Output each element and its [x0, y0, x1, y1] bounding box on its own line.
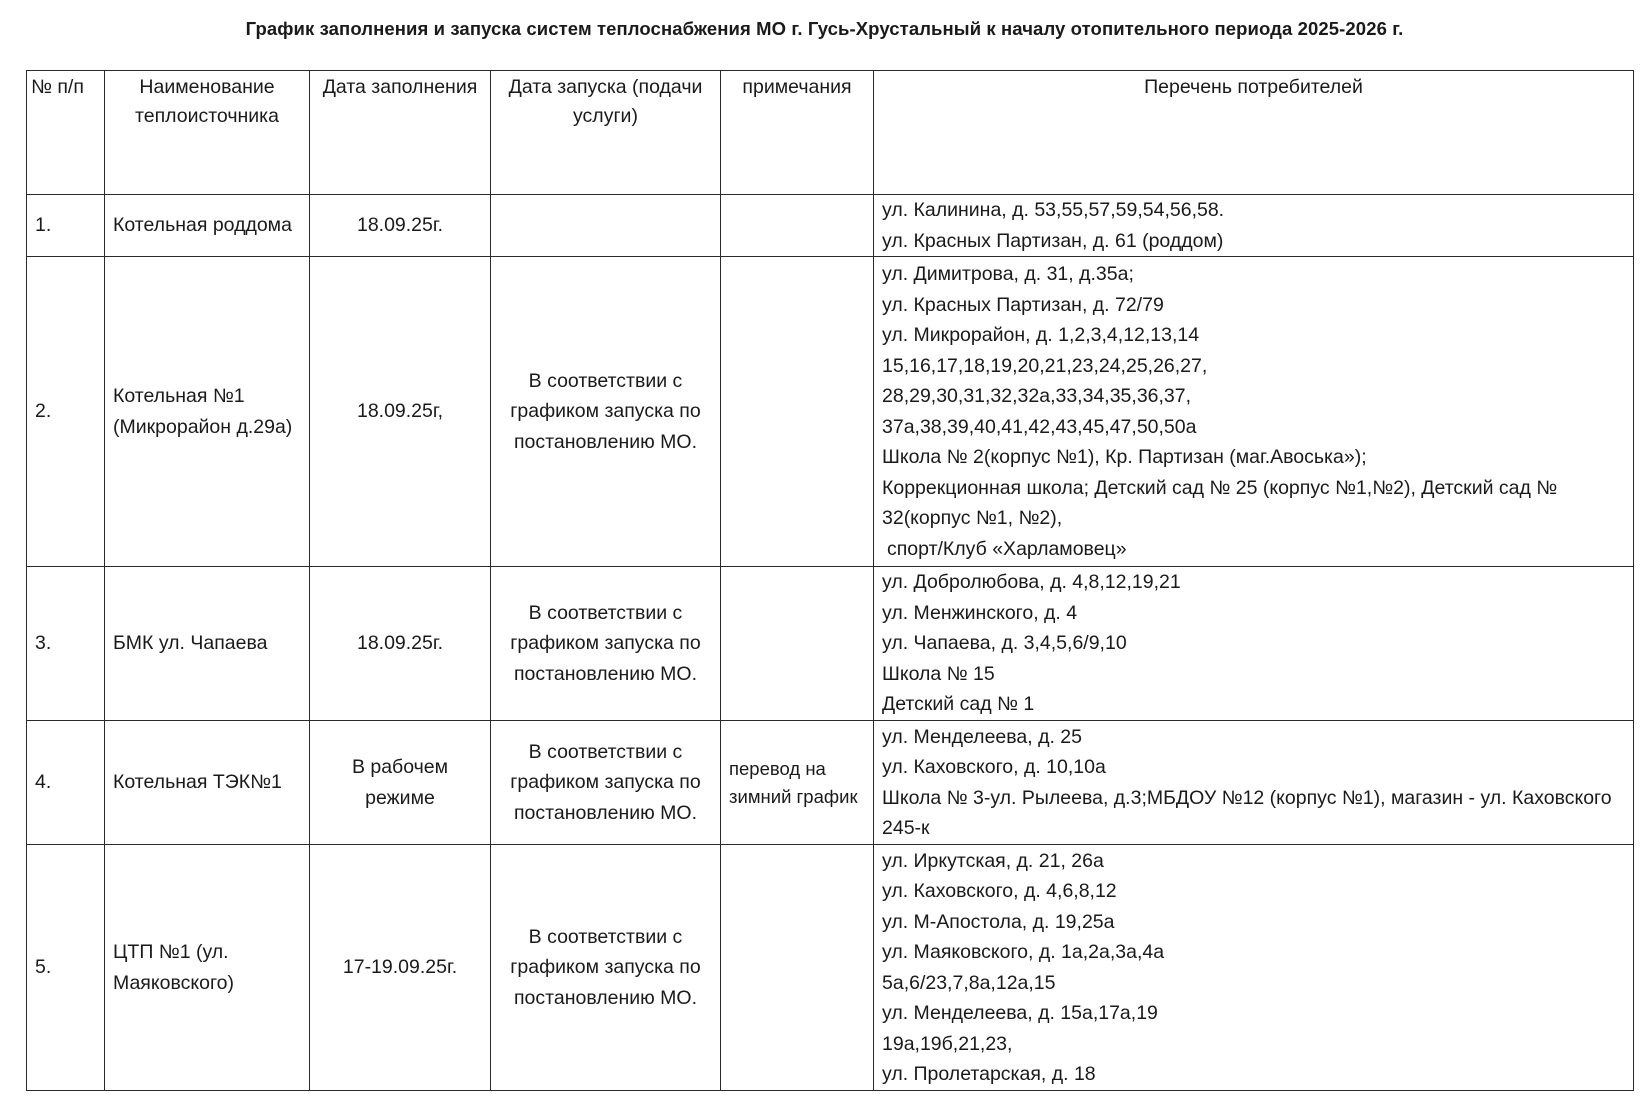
- consumer-line: 5а,6/23,7,8а,12а,15: [882, 968, 1625, 999]
- row-fill-date: 18.09.25г.: [310, 567, 491, 721]
- row-source-name: ЦТП №1 (ул. Маяковского): [105, 845, 310, 1091]
- consumer-line: 19а,19б,21,23,: [882, 1029, 1625, 1060]
- consumer-line: Коррекционная школа; Детский сад № 25 (к…: [882, 473, 1625, 534]
- row-fill-date: 18.09.25г.: [310, 195, 491, 257]
- row-consumers: ул. Добролюбова, д. 4,8,12,19,21ул. Менж…: [874, 567, 1634, 721]
- header-source-name: Наименование теплоисточника: [105, 71, 310, 195]
- row-source-name: БМК ул. Чапаева: [105, 567, 310, 721]
- row-notes: [721, 195, 874, 257]
- consumer-line: ул. М-Апостола, д. 19,25а: [882, 907, 1625, 938]
- row-consumers: ул. Менделеева, д. 25ул. Каховского, д. …: [874, 721, 1634, 845]
- row-number: 1.: [27, 195, 105, 257]
- table-row: 4. Котельная ТЭК№1 В рабочем режиме В со…: [27, 721, 1634, 845]
- consumer-line: ул. Чапаева, д. 3,4,5,6/9,10: [882, 628, 1625, 659]
- row-launch-date: В соответствии с графиком запуска по пос…: [491, 845, 721, 1091]
- row-consumers: ул. Иркутская, д. 21, 26аул. Каховского,…: [874, 845, 1634, 1091]
- row-launch-date: В соответствии с графиком запуска по пос…: [491, 721, 721, 845]
- row-launch-date: В соответствии с графиком запуска по пос…: [491, 567, 721, 721]
- row-notes: [721, 257, 874, 567]
- row-consumers: ул. Калинина, д. 53,55,57,59,54,56,58.ул…: [874, 195, 1634, 257]
- header-notes: примечания: [721, 71, 874, 195]
- consumer-line: 15,16,17,18,19,20,21,23,24,25,26,27,: [882, 351, 1625, 382]
- consumer-line: ул. Микрорайон, д. 1,2,3,4,12,13,14: [882, 320, 1625, 351]
- consumer-line: ул. Менжинского, д. 4: [882, 598, 1625, 629]
- consumer-line: ул. Менделеева, д. 15а,17а,19: [882, 998, 1625, 1029]
- row-number: 3.: [27, 567, 105, 721]
- row-launch-date: [491, 195, 721, 257]
- consumer-line: спорт/Клуб «Харламовец»: [882, 534, 1625, 565]
- consumer-line: ул. Красных Партизан, д. 72/79: [882, 290, 1625, 321]
- row-consumers: ул. Димитрова, д. 31, д.35а;ул. Красных …: [874, 257, 1634, 567]
- consumer-line: ул. Иркутская, д. 21, 26а: [882, 846, 1625, 877]
- header-number: № п/п: [27, 71, 105, 195]
- consumer-line: 28,29,30,31,32,32а,33,34,35,36,37,: [882, 381, 1625, 412]
- row-number: 2.: [27, 257, 105, 567]
- document-title: График заполнения и запуска систем тепло…: [0, 18, 1649, 40]
- header-fill-date: Дата заполнения: [310, 71, 491, 195]
- consumer-line: Школа № 15: [882, 659, 1625, 690]
- row-notes: [721, 567, 874, 721]
- consumer-line: ул. Каховского, д. 10,10а: [882, 752, 1625, 783]
- consumer-line: ул. Менделеева, д. 25: [882, 722, 1625, 753]
- consumer-line: Детский сад № 1: [882, 689, 1625, 720]
- heating-schedule-table: № п/п Наименование теплоисточника Дата з…: [26, 70, 1634, 1091]
- row-source-name: Котельная роддома: [105, 195, 310, 257]
- header-launch-date: Дата запуска (подачи услуги): [491, 71, 721, 195]
- consumer-line: Школа № 3-ул. Рылеева, д.3;МБДОУ №12 (ко…: [882, 783, 1625, 844]
- row-fill-date: В рабочем режиме: [310, 721, 491, 845]
- consumer-line: ул. Димитрова, д. 31, д.35а;: [882, 259, 1625, 290]
- consumer-line: ул. Калинина, д. 53,55,57,59,54,56,58.: [882, 195, 1625, 226]
- row-number: 5.: [27, 845, 105, 1091]
- consumer-line: ул. Маяковского, д. 1а,2а,3а,4а: [882, 937, 1625, 968]
- table-row: 1. Котельная роддома 18.09.25г. ул. Кали…: [27, 195, 1634, 257]
- table-header-row: № п/п Наименование теплоисточника Дата з…: [27, 71, 1634, 195]
- row-source-name: Котельная №1 (Микрорайон д.29а): [105, 257, 310, 567]
- header-consumers: Перечень потребителей: [874, 71, 1634, 195]
- consumer-line: 37а,38,39,40,41,42,43,45,47,50,50а: [882, 412, 1625, 443]
- consumer-line: ул. Пролетарская, д. 18: [882, 1059, 1625, 1090]
- table-row: 5. ЦТП №1 (ул. Маяковского) 17-19.09.25г…: [27, 845, 1634, 1091]
- consumer-line: Школа № 2(корпус №1), Кр. Партизан (маг.…: [882, 442, 1625, 473]
- row-source-name: Котельная ТЭК№1: [105, 721, 310, 845]
- table-row: 3. БМК ул. Чапаева 18.09.25г. В соответс…: [27, 567, 1634, 721]
- row-number: 4.: [27, 721, 105, 845]
- table-row: 2. Котельная №1 (Микрорайон д.29а) 18.09…: [27, 257, 1634, 567]
- row-launch-date: В соответствии с графиком запуска по пос…: [491, 257, 721, 567]
- row-notes: [721, 845, 874, 1091]
- consumer-line: ул. Каховского, д. 4,6,8,12: [882, 876, 1625, 907]
- consumer-line: ул. Красных Партизан, д. 61 (роддом): [882, 226, 1625, 257]
- row-notes: перевод на зимний график: [721, 721, 874, 845]
- consumer-line: ул. Добролюбова, д. 4,8,12,19,21: [882, 567, 1625, 598]
- row-fill-date: 17-19.09.25г.: [310, 845, 491, 1091]
- row-fill-date: 18.09.25г,: [310, 257, 491, 567]
